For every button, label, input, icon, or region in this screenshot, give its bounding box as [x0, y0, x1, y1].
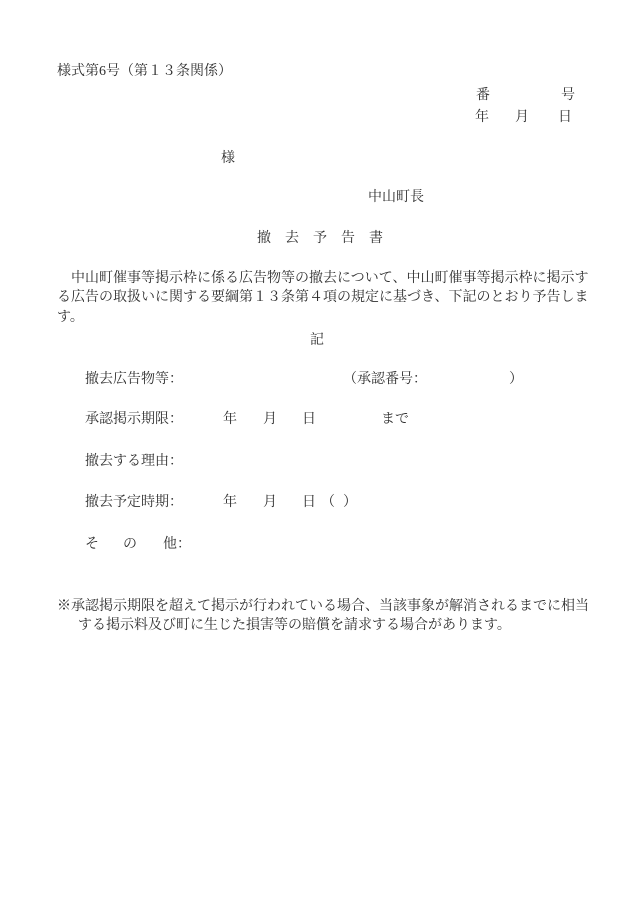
field-schedule-paren-open: （	[321, 494, 335, 511]
document-title: 撤 去 予 告 書	[257, 230, 383, 247]
field-deadline-label: 承認掲示期限：	[85, 411, 183, 428]
field-approval-number-open: （承認番号：	[343, 371, 427, 388]
doc-number-prefix: 番	[476, 87, 490, 104]
document-page: 様式第6号（第１３条関係） 番 号 年 月 日 様 中山町長 撤 去 予 告 書…	[0, 0, 630, 915]
sender-title: 中山町長	[368, 189, 424, 206]
date-month-label: 月	[515, 109, 529, 126]
doc-number-suffix: 号	[561, 87, 575, 104]
field-schedule-day-label: 日	[302, 494, 316, 511]
body-paragraph-line-2: る広告の取扱いに関する要綱第１３条第４項の規定に基づき、下記のとおり予告しま	[57, 288, 605, 307]
field-deadline-day-label: 日	[302, 411, 316, 428]
footnote-line-2: する掲示料及び町に生じた損害等の賠償を請求する場合があります。	[78, 616, 511, 635]
field-approval-number-close: ）	[509, 371, 523, 388]
footnote-line-1: ※承認掲示期限を超えて掲示が行われている場合、当該事象が解消されるまでに相当	[57, 597, 589, 616]
field-other-label-char1: そ	[85, 536, 99, 553]
field-reason-label: 撤去する理由：	[85, 453, 183, 470]
field-schedule-year-label: 年	[223, 494, 237, 511]
field-removal-item-label: 撤去広告物等：	[85, 371, 183, 388]
field-deadline-until-label: まで	[381, 411, 409, 428]
field-schedule-month-label: 月	[263, 494, 277, 511]
body-paragraph-line-3: す。	[57, 308, 605, 327]
field-other-label-char2: の	[123, 536, 137, 553]
field-deadline-year-label: 年	[223, 411, 237, 428]
field-schedule-paren-close: ）	[343, 494, 357, 511]
date-year-label: 年	[475, 109, 489, 126]
date-day-label: 日	[558, 109, 572, 126]
addressee-honorific: 様	[221, 150, 235, 167]
form-number: 様式第6号（第１３条関係）	[57, 63, 232, 80]
record-marker: 記	[310, 332, 324, 349]
field-deadline-month-label: 月	[263, 411, 277, 428]
field-schedule-label: 撤去予定時期：	[85, 494, 183, 511]
body-paragraph: 中山町催事等掲示枠に係る広告物等の撤去について、中山町催事等掲示枠に掲示す る広…	[57, 269, 605, 327]
field-other-label-char3: 他：	[163, 536, 191, 553]
body-paragraph-line-1: 中山町催事等掲示枠に係る広告物等の撤去について、中山町催事等掲示枠に掲示す	[57, 269, 605, 288]
